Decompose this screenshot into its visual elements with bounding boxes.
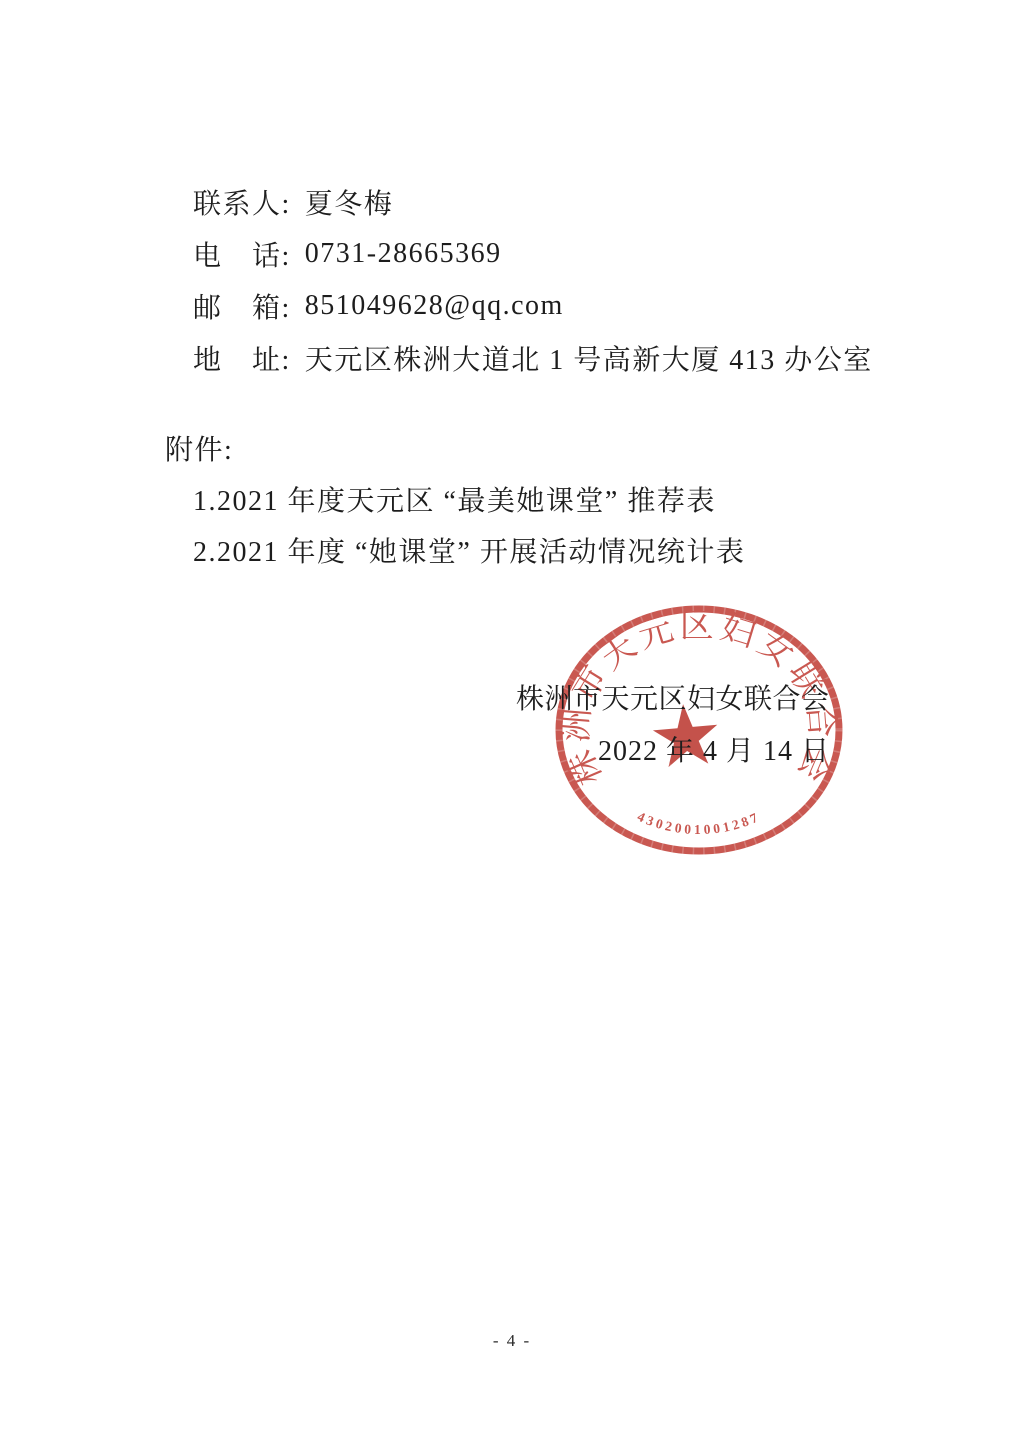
seal-serial-number: 4302001001287: [635, 809, 763, 837]
contact-person-value: 夏冬梅: [305, 182, 394, 222]
contact-block: 联系人: 夏冬梅 电 话: 0731-28665369 邮 箱: 8510496…: [193, 176, 873, 384]
contact-label: 联系人:: [193, 182, 291, 222]
attachments-heading: 附件:: [165, 425, 233, 477]
attachment-item: 1.2021 年度天元区 “最美她课堂” 推荐表: [193, 476, 745, 527]
signature-organization: 株洲市天元区妇女联合会: [516, 674, 830, 726]
phone-value: 0731-28665369: [305, 238, 502, 270]
page-number: - 4 -: [0, 1331, 1024, 1351]
contact-row: 电 话: 0731-28665369: [193, 228, 873, 280]
attachments-list: 1.2021 年度天元区 “最美她课堂” 推荐表 2.2021 年度 “她课堂”…: [193, 476, 745, 578]
contact-row: 联系人: 夏冬梅: [193, 176, 873, 228]
address-value: 天元区株洲大道北 1 号高新大厦 413 办公室: [305, 338, 873, 378]
document-page: 联系人: 夏冬梅 电 话: 0731-28665369 邮 箱: 8510496…: [0, 0, 1024, 1448]
contact-row: 地 址: 天元区株洲大道北 1 号高新大厦 413 办公室: [193, 332, 873, 384]
contact-label: 地 址:: [193, 338, 291, 378]
contact-label: 邮 箱:: [193, 286, 291, 326]
signature-date: 2022 年 4 月 14 日: [598, 726, 830, 778]
contact-label: 电 话:: [193, 234, 291, 274]
contact-row: 邮 箱: 851049628@qq.com: [193, 280, 873, 332]
email-value: 851049628@qq.com: [305, 290, 564, 322]
seal-serial-holder: 4302001001287: [635, 809, 763, 837]
attachment-item: 2.2021 年度 “她课堂” 开展活动情况统计表: [193, 527, 745, 578]
